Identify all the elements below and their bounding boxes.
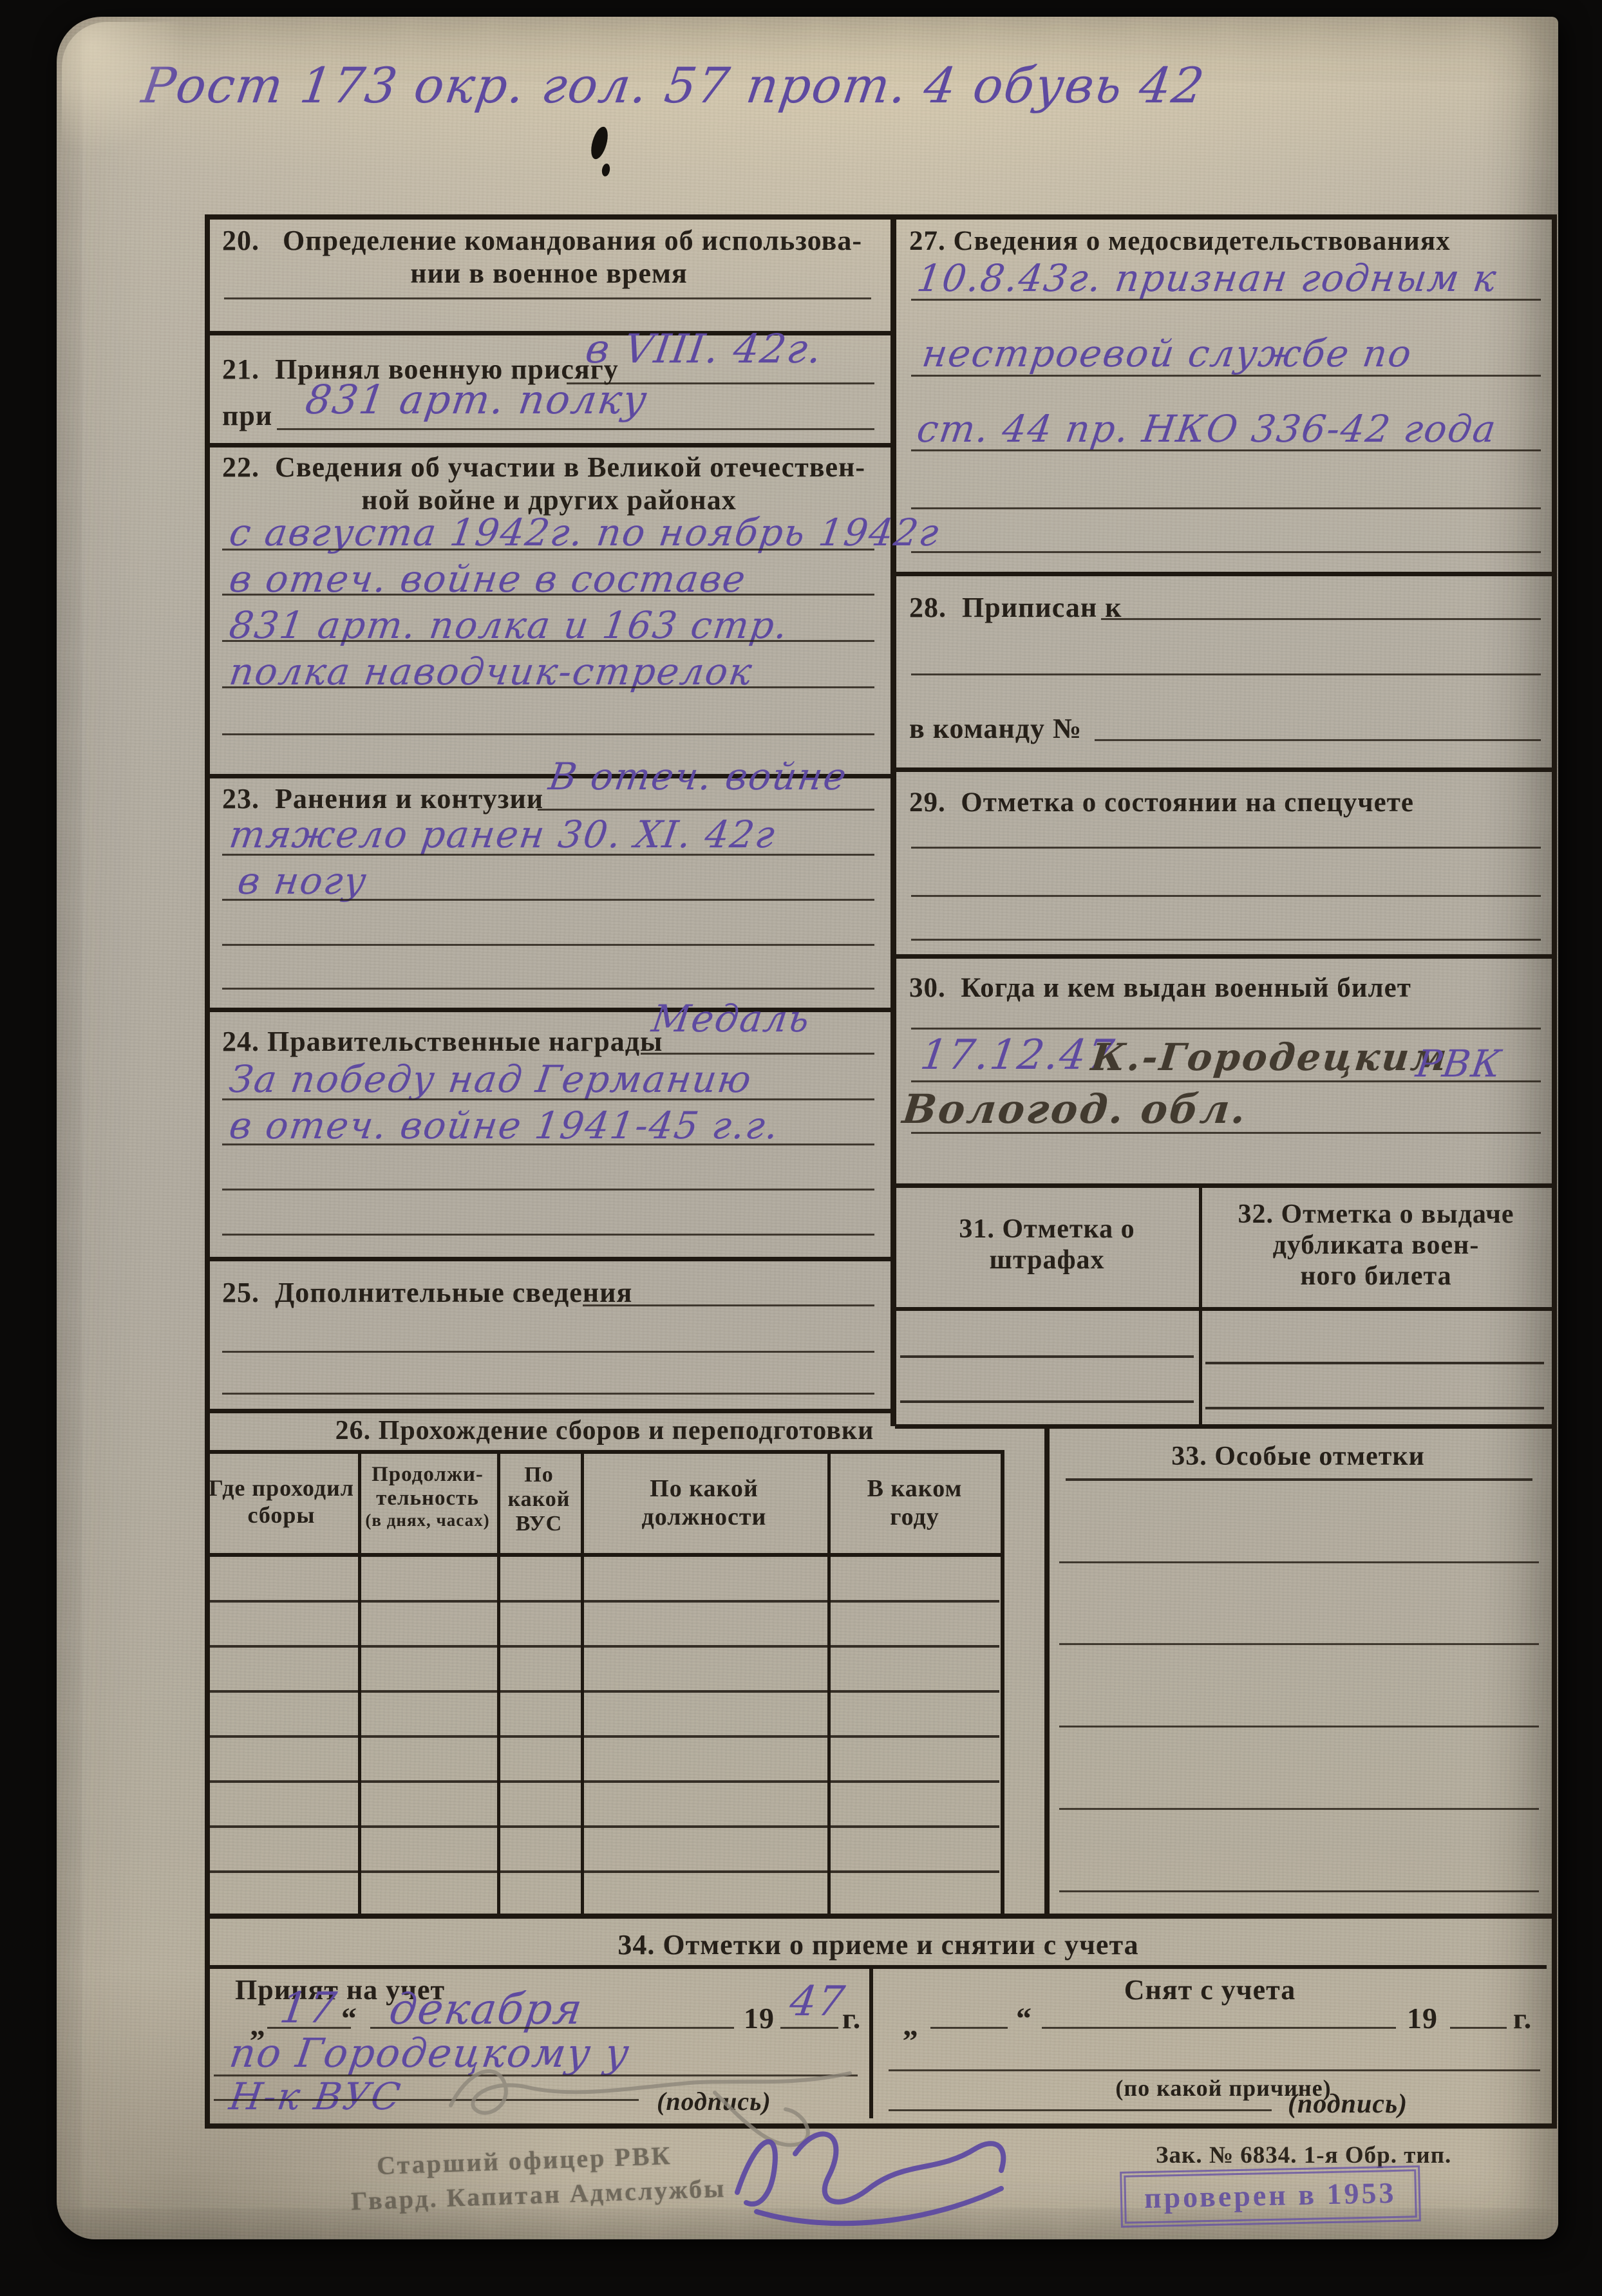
section-border bbox=[895, 572, 1552, 576]
section-22-number: 22. bbox=[222, 451, 259, 483]
table-header-border bbox=[895, 1307, 1552, 1311]
billet-oblast-stamp: Вологод. обл. bbox=[900, 1086, 1250, 1133]
rule bbox=[1095, 739, 1541, 741]
section-23-number: 23. bbox=[222, 783, 259, 814]
rule bbox=[911, 507, 1541, 509]
section-31-number: 31. bbox=[959, 1214, 995, 1244]
rule bbox=[1059, 1561, 1539, 1563]
wounds-hw-1: В отеч. войне bbox=[546, 755, 850, 798]
rule bbox=[222, 1143, 874, 1145]
officer-stamp-line1: Старший офицер РВК bbox=[376, 2140, 672, 2181]
section-31-line2: штрафах bbox=[898, 1245, 1196, 1275]
billet-issuer-stamp: К.-Городецким bbox=[1089, 1035, 1451, 1079]
rule bbox=[583, 1304, 874, 1306]
rule bbox=[641, 1053, 874, 1055]
ink-blot bbox=[583, 122, 621, 180]
awards-hw-2: в отеч. войне 1941-45 г.г. bbox=[227, 1104, 782, 1147]
table-top-border bbox=[205, 1450, 1004, 1454]
section-32-line3: ного билета bbox=[1205, 1261, 1547, 1292]
section-20-line1: Определение командования об использова- bbox=[283, 225, 862, 256]
officer-signature bbox=[718, 2109, 1040, 2237]
rule bbox=[911, 895, 1541, 897]
rule bbox=[222, 1393, 874, 1395]
billet-date-handwriting: 17.12.47 bbox=[918, 1031, 1118, 1079]
year-suffix: г. bbox=[842, 2001, 861, 2035]
rule bbox=[1101, 618, 1541, 620]
section-25-number: 25. bbox=[222, 1277, 259, 1308]
col-header-line: Продолжи- bbox=[361, 1463, 495, 1487]
rule bbox=[224, 297, 871, 299]
signature-caption-right: (подпись) bbox=[1288, 2089, 1408, 2120]
col-header-line: ВУС bbox=[500, 1512, 578, 1536]
rule bbox=[222, 549, 874, 550]
section-33-title: 33. Особые отметки bbox=[1050, 1441, 1547, 1472]
section-32-line2: дубликата воен- bbox=[1205, 1230, 1547, 1261]
rule bbox=[1059, 1643, 1539, 1645]
rule bbox=[911, 551, 1541, 553]
fines-duplicate-divider bbox=[1199, 1183, 1202, 1428]
section-border bbox=[205, 443, 891, 447]
col-header-line: (в днях, часах) bbox=[361, 1510, 495, 1530]
awards-hw-1: За победу над Германию bbox=[227, 1057, 755, 1101]
rule bbox=[370, 2027, 734, 2029]
section-24-label: 24. Правительственные награды bbox=[222, 1025, 663, 1058]
removed-title: Снят с учета bbox=[873, 1973, 1547, 2006]
section-34-title: 34. Отметки о приеме и снятии с учета bbox=[205, 1928, 1552, 1961]
section-27-number: 27. bbox=[909, 226, 946, 256]
rule bbox=[911, 375, 1541, 377]
billet-rvk-handwriting: РВК bbox=[1413, 1042, 1505, 1086]
section-30-title-text: Когда и кем выдан военный билет bbox=[961, 973, 1411, 1003]
rule bbox=[267, 2027, 351, 2029]
rule bbox=[222, 1189, 874, 1190]
col-header-year: В каком году bbox=[830, 1474, 999, 1531]
rule bbox=[911, 939, 1541, 941]
table-row-line bbox=[207, 1645, 999, 1648]
section-24-number: 24. bbox=[222, 1026, 259, 1057]
card-content: Рост 173 окр. гол. 57 прот. 4 обувь 42 2… bbox=[0, 0, 1602, 2296]
top-measurements-note: Рост 173 окр. гол. 57 прот. 4 обувь 42 bbox=[138, 57, 1209, 114]
rule bbox=[911, 847, 1541, 849]
rule bbox=[222, 944, 874, 946]
section-27-title: 27. Сведения о медосвидетельствованиях bbox=[909, 225, 1451, 257]
awards-hw-medal: Медаль bbox=[649, 997, 813, 1040]
col-header-position: По какой должности bbox=[583, 1474, 825, 1531]
oath-unit-handwriting: 831 арт. полку bbox=[303, 376, 651, 423]
rule bbox=[1205, 1362, 1544, 1364]
col-header-line: По bbox=[500, 1463, 578, 1487]
rule bbox=[1042, 2027, 1396, 2029]
section-32-number: 32. bbox=[1238, 1200, 1274, 1229]
section-20-number: 20. bbox=[222, 225, 259, 256]
section-31-line1: Отметка о bbox=[1002, 1214, 1135, 1244]
checked-1953-stamp: проверен в 1953 bbox=[1120, 2165, 1420, 2228]
accepted-day-handwriting: 17 bbox=[277, 1983, 341, 2033]
medical-hw-2: нестроевой службе по bbox=[919, 332, 1415, 375]
section-26-title-text: Прохождение сборов и переподготовки bbox=[379, 1416, 874, 1445]
table-right-border bbox=[1001, 1450, 1004, 1915]
section-23-label-text: Ранения и контузии bbox=[275, 783, 543, 814]
medical-hw-3: ст. 44 пр. НКО 336-42 года bbox=[914, 407, 1500, 451]
rule bbox=[222, 594, 874, 596]
col-header-line: По какой bbox=[583, 1474, 825, 1503]
rule bbox=[780, 2027, 838, 2029]
column-divider bbox=[891, 214, 896, 1426]
section-21-label2: при bbox=[222, 399, 272, 432]
section-30-number: 30. bbox=[909, 973, 946, 1003]
section-28-label2: в команду № bbox=[909, 712, 1082, 745]
rule bbox=[222, 1234, 874, 1236]
rule bbox=[222, 1098, 874, 1100]
section-20-title: 20. Определение командования об использо… bbox=[222, 224, 876, 290]
rule bbox=[1205, 1407, 1544, 1409]
col-header-vus: По какой ВУС bbox=[500, 1463, 578, 1536]
quote-close: “ bbox=[1016, 2001, 1032, 2037]
section-26-title: 26. Прохождение сборов и переподготовки bbox=[205, 1415, 1004, 1446]
rule bbox=[1059, 1726, 1539, 1727]
col-header-line: году bbox=[830, 1503, 999, 1531]
section-26-number: 26. bbox=[335, 1416, 372, 1445]
rule bbox=[889, 2069, 1540, 2071]
rule bbox=[222, 733, 874, 735]
rule bbox=[222, 686, 874, 688]
section-32-title: 32. Отметка о выдаче дубликата воен- ног… bbox=[1205, 1199, 1547, 1292]
section-34-number: 34. bbox=[617, 1929, 655, 1961]
section-32-line1: Отметка о выдаче bbox=[1281, 1200, 1514, 1229]
section-27-title-text: Сведения о медосвидетельствованиях bbox=[954, 226, 1451, 256]
year-prefix: 19 bbox=[1407, 2001, 1438, 2035]
section-23-label: 23. Ранения и контузии bbox=[222, 782, 543, 815]
section-25-label: 25. Дополнительные сведения bbox=[222, 1276, 632, 1309]
col-header-duration: Продолжи- тельность (в днях, часах) bbox=[361, 1463, 495, 1530]
accepted-year-handwriting: 47 bbox=[787, 1978, 849, 2026]
section-border bbox=[205, 1914, 1552, 1919]
rule bbox=[900, 1355, 1194, 1358]
war-service-hw-1: с августа 1942г. по ноябрь 1942г bbox=[227, 511, 943, 554]
table-row-line bbox=[207, 1735, 999, 1738]
section-border bbox=[895, 767, 1552, 772]
section-22-title: 22. Сведения об участии в Великой отечес… bbox=[222, 451, 876, 516]
col-header-line: тельность bbox=[361, 1487, 495, 1510]
section-border bbox=[895, 1183, 1552, 1188]
quote-open: „ bbox=[903, 2008, 919, 2043]
section-21-number: 21. bbox=[222, 353, 259, 385]
section-33-title-text: Особые отметки bbox=[1214, 1442, 1425, 1471]
section-border bbox=[205, 1257, 891, 1261]
rule bbox=[911, 1132, 1541, 1134]
rule bbox=[222, 640, 874, 642]
worn-corner bbox=[62, 22, 229, 215]
section-30-title: 30. Когда и кем выдан военный билет bbox=[909, 972, 1411, 1004]
section-29-title-text: Отметка о состоянии на спецучете bbox=[961, 787, 1414, 818]
rule bbox=[222, 899, 874, 901]
rule bbox=[222, 1351, 874, 1353]
section-25-label-text: Дополнительные сведения bbox=[275, 1277, 632, 1308]
year-prefix: 19 bbox=[744, 2001, 775, 2035]
rule bbox=[900, 1400, 1194, 1403]
section-border bbox=[895, 954, 1552, 959]
oath-date-handwriting: в VIII. 42г. bbox=[583, 325, 826, 372]
table-header-bottom-border bbox=[205, 1553, 1004, 1557]
section-24-label-text: Правительственные награды bbox=[267, 1026, 663, 1057]
rule bbox=[911, 1028, 1541, 1030]
rule bbox=[1450, 2027, 1507, 2029]
year-suffix: г. bbox=[1513, 2001, 1532, 2035]
rule bbox=[1059, 1808, 1539, 1810]
section-28-label: 28. Приписан к bbox=[909, 591, 1122, 624]
section-34-header-border bbox=[210, 1965, 1547, 1969]
section-31-title: 31. Отметка о штрафах bbox=[898, 1214, 1196, 1275]
rule bbox=[277, 428, 874, 430]
col-header-line: В каком bbox=[830, 1474, 999, 1503]
rule bbox=[911, 1080, 1541, 1082]
rule bbox=[538, 809, 874, 811]
rule bbox=[222, 854, 874, 856]
rule bbox=[911, 299, 1541, 301]
col-header-line: должности bbox=[583, 1503, 825, 1531]
section-29-title: 29. Отметка о состоянии на спецучете bbox=[909, 787, 1414, 818]
section-28-number: 28. bbox=[909, 592, 947, 623]
section-border bbox=[205, 1409, 891, 1413]
rule bbox=[930, 2027, 1008, 2029]
rule bbox=[911, 673, 1541, 675]
accepted-signer-handwriting: Н-к ВУС bbox=[227, 2075, 404, 2118]
section-29-number: 29. bbox=[909, 787, 946, 818]
wounds-hw-3: в ногу bbox=[235, 859, 370, 903]
special-marks-left-border bbox=[1044, 1426, 1050, 1915]
rule bbox=[222, 988, 874, 990]
rule bbox=[1059, 1890, 1539, 1892]
scanned-military-card-photo: { "page": { "handwriting_top": "Рост 173… bbox=[0, 0, 1602, 2296]
section-22-line1: Сведения об участии в Великой отечествен… bbox=[275, 451, 865, 483]
medical-hw-1: 10.8.43г. признан годным к bbox=[914, 256, 1500, 300]
section-20-line2: нии в военное время bbox=[222, 257, 876, 290]
section-33-number: 33. bbox=[1171, 1442, 1207, 1471]
table-row-line bbox=[207, 1780, 999, 1783]
col-header-line: какой bbox=[500, 1487, 578, 1512]
table-row-line bbox=[207, 1600, 999, 1603]
table-row-line bbox=[207, 1870, 999, 1873]
table-row-line bbox=[207, 1825, 999, 1828]
col-header-line: сборы bbox=[207, 1501, 355, 1529]
wounds-hw-2: тяжело ранен 30. XI. 42г bbox=[227, 813, 778, 856]
table-row-line bbox=[207, 1690, 999, 1693]
section-28-label-text: Приписан к bbox=[962, 592, 1122, 623]
section-34-title-text: Отметки о приеме и снятии с учета bbox=[663, 1929, 1138, 1961]
rule bbox=[1066, 1478, 1532, 1481]
col-header-where: Где проходил сборы bbox=[207, 1474, 355, 1529]
rule bbox=[911, 449, 1541, 451]
col-header-line: Где проходил bbox=[207, 1474, 355, 1501]
